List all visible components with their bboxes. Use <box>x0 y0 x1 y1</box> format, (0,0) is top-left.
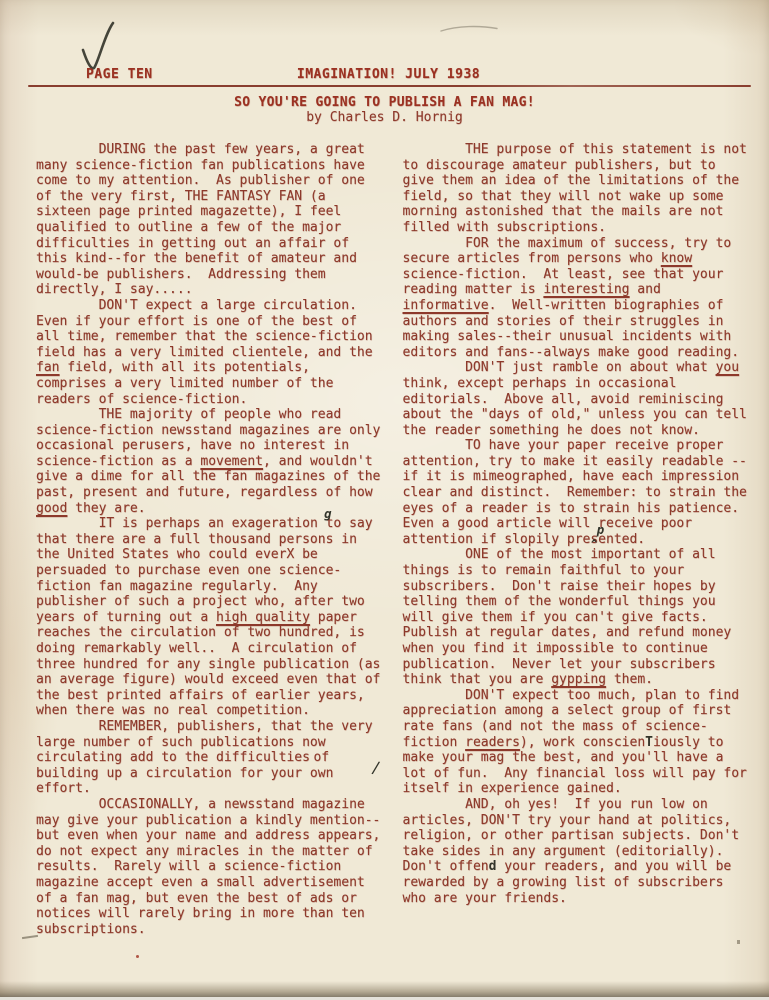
paragraph: TO have your paper receive proper/ atten… <box>403 438 754 547</box>
underlined-text: interesting <box>543 282 629 297</box>
text-run: IT is perhaps an exag <box>99 516 263 531</box>
text-run: THE purpose of this statement is not to … <box>403 142 755 235</box>
underlined-text: good <box>36 501 67 516</box>
text-run: DURING the past few years, a great many … <box>36 142 373 297</box>
underlined-text: fan <box>36 360 59 375</box>
text-run: field, with all its potentials, comprise… <box>36 360 341 406</box>
text-run: eration to say that there are a full tho… <box>36 516 380 625</box>
paragraph: AND, oh yes! If you run low on articles,… <box>403 797 754 906</box>
underlined-text: informative <box>403 298 489 313</box>
right-column: THE purpose of this statement is not to … <box>403 142 754 937</box>
paragraph: DON'T expect a large circulation. Even i… <box>36 298 387 407</box>
paragraph: THE purpose of this statement is not to … <box>403 142 754 236</box>
text-run: TO have your paper receive proper <box>465 438 723 453</box>
paragraph: IT is perhaps an exaggeration to say tha… <box>36 516 387 719</box>
text-run: they are. <box>67 501 145 516</box>
running-header: PAGE TEN IMAGINATION! JULY 1938 <box>30 67 747 83</box>
text-run: paper reaches the circulation of two hun… <box>36 610 388 719</box>
two-column-text: DURING the past few years, a great many … <box>36 142 753 937</box>
underlined-text: you <box>716 360 739 375</box>
text-run: DON'T just ramble on about what <box>465 360 715 375</box>
underlined-text: know <box>661 251 692 266</box>
ink-speck <box>737 940 740 944</box>
text-run: them. <box>606 672 653 687</box>
paragraph: DON'T just ramble on about what you thin… <box>403 360 754 438</box>
paragraph: THE majority of people who read science-… <box>36 407 387 516</box>
text-run: DON'T expect a large circulation. Even i… <box>36 298 380 360</box>
paragraph: DURING the past few years, a great many … <box>36 142 387 298</box>
article-title: SO YOU'RE GOING TO PUBLISH A FAN MAG! <box>0 95 769 110</box>
underlined-text: readers <box>465 735 520 750</box>
paragraph: FOR the maximum of success, try to secur… <box>403 236 754 361</box>
underlined-text: high quality <box>216 610 310 625</box>
pen-checkmark-icon <box>78 20 116 74</box>
text-run: and <box>629 282 668 297</box>
ink-speck <box>136 955 139 958</box>
paragraph: DON'T expect too much, plan to find appr… <box>403 688 754 797</box>
text-run: ONE of the most important of all things … <box>403 547 740 687</box>
pencil-stroke <box>438 23 500 35</box>
left-column: DURING the past few years, a great many … <box>36 142 387 937</box>
article-byline: by Charles D. Hornig <box>0 110 769 125</box>
scanned-document: PAGE TEN IMAGINATION! JULY 1938 SO YOU'R… <box>0 0 769 1000</box>
text-run: attention, try to make it easily readabl… <box>403 438 755 547</box>
issue-title-label: IMAGINATION! JULY 1938 <box>30 67 747 83</box>
text-run: ), work conscien <box>520 735 645 750</box>
paragraph: ONE of the most important of all things … <box>403 547 754 687</box>
header-rule <box>28 85 751 87</box>
paragraph: OCCASIONALLY, a newsstand magazine may g… <box>36 797 387 937</box>
underlined-text: gypping <box>551 672 606 687</box>
paragraph: REMEMBER, publishers, that the very larg… <box>36 719 387 797</box>
underlined-text: movement <box>200 454 263 469</box>
paper-sheet: PAGE TEN IMAGINATION! JULY 1938 SO YOU'R… <box>0 0 769 1000</box>
text-run: OCCASIONALLY, a newsstand magazine may g… <box>36 797 388 937</box>
pen-correction: T <box>645 735 653 750</box>
